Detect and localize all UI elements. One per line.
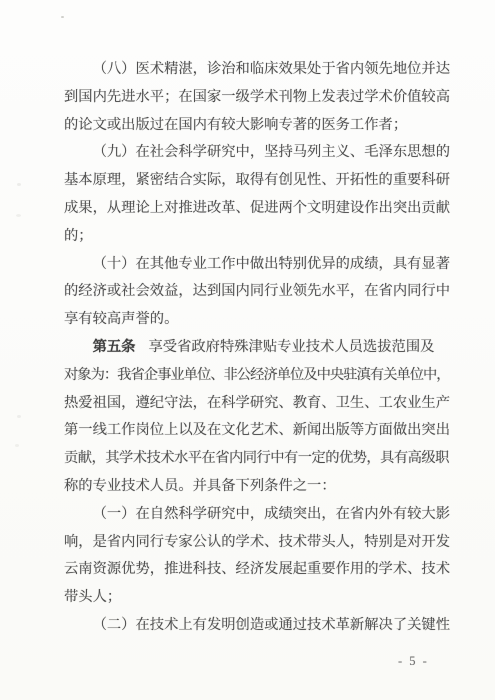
text-line: （十）在其他专业工作中做出特别优异的成绩，具有显著	[64, 251, 452, 279]
text-line: 的论文或出版过在国内有较大影响专著的医务工作者；	[64, 112, 452, 140]
scan-speck	[17, 415, 21, 418]
article-heading-line: 第五条享受省政府特殊津贴专业技术人员选拔范围及	[64, 334, 452, 362]
text-line: （九）在社会科学研究中，坚持马列主义、毛泽东思想的	[64, 139, 452, 167]
text-line: 享有较高声誉的。	[64, 306, 452, 334]
scan-speck	[16, 214, 21, 217]
scan-speck	[17, 183, 21, 186]
body-text: （八）医术精湛，诊治和临床效果处于省内领先地位并达 到国内先进水平；在国家一级学…	[64, 56, 452, 640]
text-line: 的；	[64, 223, 452, 251]
scan-speck	[61, 16, 64, 18]
document-page: （八）医术精湛，诊治和临床效果处于省内领先地位并达 到国内先进水平；在国家一级学…	[0, 0, 495, 700]
text-line: （一）在自然科学研究中，成绩突出，在省内外有较大影	[64, 501, 452, 529]
text-line: 第一线工作岗位上以及在文化艺术、新闻出版等方面做出突出	[64, 417, 452, 445]
text-line: 称的专业技术人员。并具备下列条件之一：	[64, 473, 452, 501]
article-number: 第五条	[93, 339, 136, 355]
text-line: （八）医术精湛，诊治和临床效果处于省内领先地位并达	[64, 56, 452, 84]
text-line: 带头人；	[64, 584, 452, 612]
text-line: 到国内先进水平；在国家一级学术刊物上发表过学术价值较高	[64, 84, 452, 112]
text-line: （二）在技术上有发明创造或通过技术革新解决了关键性	[64, 612, 452, 640]
scan-speck	[15, 444, 19, 447]
text-line: 对象为：我省企事业单位、非公经济单位及中央驻滇有关单位中，	[64, 362, 452, 390]
text-line: 基本原理，紧密结合实际，取得有创见性、开拓性的重要科研	[64, 167, 452, 195]
text-line: 贡献，其学术技术水平在省内同行中有一定的优势，具有高级职	[64, 445, 452, 473]
text-line: 云南资源优势，推进科技、经济发展起重要作用的学术、技术	[64, 556, 452, 584]
article-heading-text: 享受省政府特殊津贴专业技术人员选拔范围及	[148, 339, 434, 355]
text-line: 的经济或社会效益，达到国内同行业领先水平，在省内同行中	[64, 278, 452, 306]
text-line: 成果，从理论上对推进改革、促进两个文明建设作出突出贡献	[64, 195, 452, 223]
page-number: - 5 -	[398, 653, 429, 669]
text-line: 响，是省内同行专家公认的学术、技术带头人，特别是对开发	[64, 529, 452, 557]
text-line: 热爱祖国，遵纪守法，在科学研究、教育、卫生、工农业生产	[64, 390, 452, 418]
